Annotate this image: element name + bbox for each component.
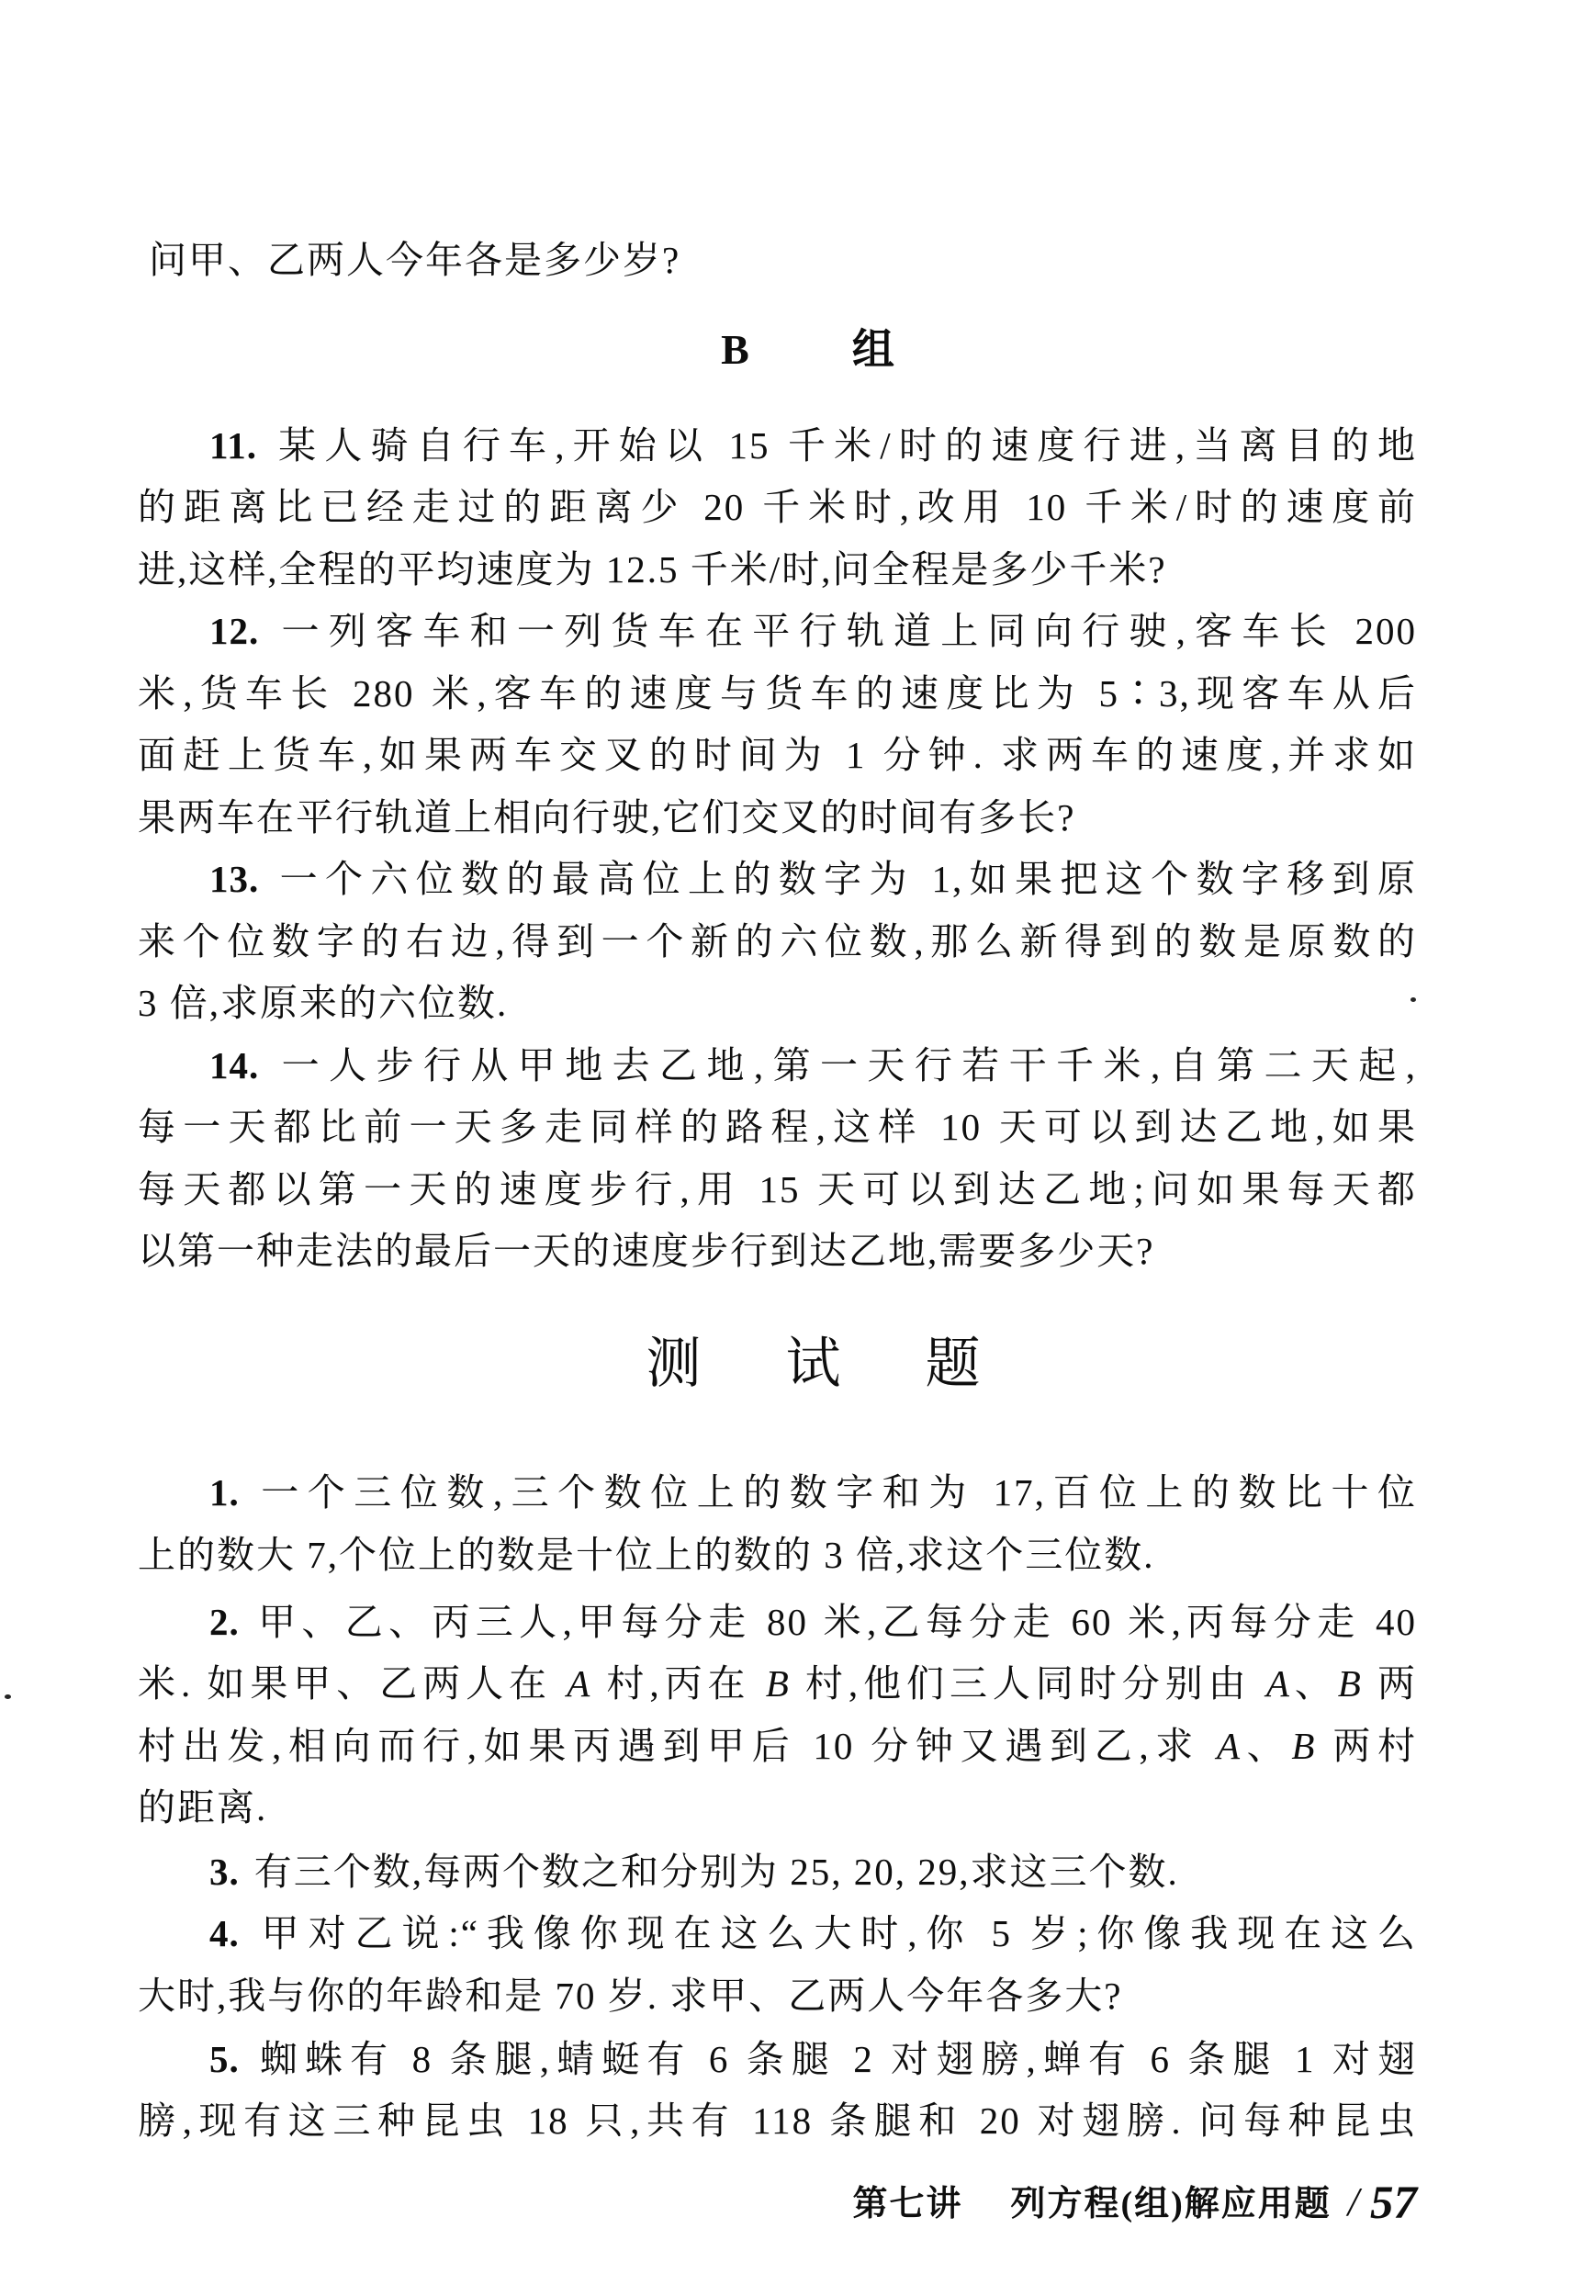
problem-12-line-1: 12.一列客车和一列货车在平行轨道上同向行驶,客车长 200 [138,608,1417,654]
page-footer: 第七讲列方程(组)解应用题/57 [138,2180,1417,2226]
italic-letter-A: A [1217,1725,1242,1767]
test-problem-2-number: 2. [209,1601,240,1643]
problem-14-text: 一人步行从甲地去乙地,第一天行若干千米,自第二天起, [274,1044,1417,1086]
test-problem-5-text: 蜘蛛有 8 条腿,蜻蜓有 6 条腿 2 对翅膀,蝉有 6 条腿 1 对翅 [254,2038,1417,2080]
problem-14-text: 每天都以第一天的速度步行,用 15 天可以到达乙地;问如果每天都 [138,1168,1417,1210]
test-problem-3-text: 有三个数,每两个数之和分别为 25, 20, 29,求这三个数. [254,1851,1179,1893]
test-section-heading: 测试题 [138,1334,1417,1394]
problem-13-text: 3 倍,求原来的六位数. [138,982,508,1024]
problem-12-line-4: 果两车在平行轨道上相向行驶,它们交叉的时间有多长? [138,794,1417,840]
problem-12-line-3: 面赶上货车,如果两车交叉的时间为 1 分钟. 求两车的速度,并求如 [138,732,1417,778]
test-problem-2-line-3: 村出发,相向而行,如果丙遇到甲后 10 分钟又遇到乙,求 A、B 两村 [138,1723,1417,1769]
problem-14-line-1: 14.一人步行从甲地去乙地,第一天行若干千米,自第二天起, [138,1042,1417,1088]
continuation-text: 问甲、乙两人今年各是多少岁? [149,239,680,281]
problem-11-line-3: 进,这样,全程的平均速度为 12.5 千米/时,问全程是多少千米? [138,546,1417,592]
text-segment: 村,他们三人同时分别由 [791,1662,1266,1705]
test-problem-1-text: 上的数大 7,个位上的数是十位上的数的 3 倍,求这个三位数. [138,1534,1155,1576]
test-problem-5-line-2: 膀,现有这三种昆虫 18 只,共有 118 条腿和 20 对翅膀. 问每种昆虫 [138,2098,1417,2144]
test-problem-2-text: 的距离. [138,1786,267,1829]
footer-chapter: 第七讲 [852,2185,962,2223]
problem-12-number: 12. [209,610,259,652]
test-problem-4-text: 甲对乙说:“我像你现在这么大时,你 5 岁;你像我现在这么 [254,1912,1417,1954]
heading-letter-b: B [721,327,749,373]
group-b-heading: B组 [138,327,1417,373]
problem-14-line-3: 每天都以第一天的速度步行,用 15 天可以到达乙地;问如果每天都 [138,1166,1417,1212]
ink-speck-artifact [1411,997,1416,1002]
test-problem-2-text: 甲、乙、丙三人,甲每分走 80 米,乙每分走 60 米,丙每分走 40 [254,1601,1417,1643]
italic-letter-B: B [766,1662,791,1705]
problem-14-text: 以第一种走法的最后一天的速度步行到达乙地,需要多少天? [138,1230,1154,1272]
test-problem-1-line-1: 1.一个三位数,三个数位上的数字和为 17,百位上的数比十位 [138,1469,1417,1515]
italic-letter-B: B [1291,1725,1316,1767]
problem-11-number: 11. [209,424,257,467]
problem-13-line-3: 3 倍,求原来的六位数. [138,980,1417,1026]
problem-14-text: 每一天都比前一天多走同样的路程,这样 10 天可以到达乙地,如果 [138,1106,1417,1148]
heading-char-shi: 试 [786,1334,841,1394]
heading-char-ce: 测 [646,1334,702,1394]
test-problem-4-line-2: 大时,我与你的年龄和是 70 岁. 求甲、乙两人今年各多大? [138,1973,1417,2019]
problem-11-text: 的距离比已经走过的距离少 20 千米时,改用 10 千米/时的速度前 [138,486,1417,528]
problem-11-text: 某人骑自行车,开始以 15 千米/时的速度行进,当离目的地 [272,424,1417,467]
heading-word-group: 组 [852,327,894,373]
footer-page-number: 57 [1370,2178,1417,2229]
problem-12-text: 面赶上货车,如果两车交叉的时间为 1 分钟. 求两车的速度,并求如 [138,734,1417,776]
text-segment: 两村 [1316,1725,1417,1767]
problem-14-line-2: 每一天都比前一天多走同样的路程,这样 10 天可以到达乙地,如果 [138,1104,1417,1150]
problem-13-number: 13. [209,858,259,900]
problem-12-text: 一列客车和一列货车在平行轨道上同向行驶,客车长 200 [274,610,1417,652]
italic-letter-A: A [1266,1662,1291,1705]
problem-11-text: 进,这样,全程的平均速度为 12.5 千米/时,问全程是多少千米? [138,548,1167,591]
test-problem-2-line-2: 米. 如果甲、乙两人在 A 村,丙在 B 村,他们三人同时分别由 A、B 两 [138,1660,1417,1706]
test-problem-1-line-2: 上的数大 7,个位上的数是十位上的数的 3 倍,求这个三位数. [138,1532,1417,1578]
problem-11-line-2: 的距离比已经走过的距离少 20 千米时,改用 10 千米/时的速度前 [138,484,1417,530]
footer-slash: / [1348,2179,1361,2224]
problem-14-number: 14. [209,1044,259,1086]
test-problem-5-text: 膀,现有这三种昆虫 18 只,共有 118 条腿和 20 对翅膀. 问每种昆虫 [138,2099,1417,2142]
test-problem-1-text: 一个三位数,三个数位上的数字和为 17,百位上的数比十位 [254,1471,1417,1514]
problem-13-line-1: 13.一个六位数的最高位上的数字为 1,如果把这个数字移到原 [138,856,1417,902]
problem-13-line-2: 来个位数字的右边,得到一个新的六位数,那么新得到的数是原数的 [138,918,1417,964]
problem-12-text: 米,货车长 280 米,客车的速度与货车的速度比为 5∶3,现客车从后 [138,672,1417,715]
test-problem-2-line-1: 2.甲、乙、丙三人,甲每分走 80 米,乙每分走 60 米,丙每分走 40 [138,1599,1417,1645]
problem-12-text: 果两车在平行轨道上相向行驶,它们交叉的时间有多长? [138,796,1075,838]
problem-13-text: 来个位数字的右边,得到一个新的六位数,那么新得到的数是原数的 [138,920,1417,962]
text-segment: 、 [1291,1662,1338,1705]
test-problem-3-number: 3. [209,1851,240,1893]
test-problem-4-number: 4. [209,1912,240,1954]
test-problem-1-number: 1. [209,1471,240,1514]
textbook-page: 问甲、乙两人今年各是多少岁? B组 11.某人骑自行车,开始以 15 千米/时的… [0,0,1596,2296]
text-segment: 、 [1242,1725,1291,1767]
ink-speck-artifact [5,1694,11,1699]
problem-12-line-2: 米,货车长 280 米,客车的速度与货车的速度比为 5∶3,现客车从后 [138,670,1417,716]
test-problem-2-line-4: 的距离. [138,1784,1417,1830]
test-problem-5-number: 5. [209,2038,240,2080]
problem-13-text: 一个六位数的最高位上的数字为 1,如果把这个数字移到原 [274,858,1417,900]
heading-char-ti: 题 [926,1334,981,1394]
italic-letter-B: B [1338,1662,1363,1705]
footer-chapter-title: 列方程(组)解应用题 [1010,2185,1331,2223]
test-problem-3-line-1: 3.有三个数,每两个数之和分别为 25, 20, 29,求这三个数. [138,1849,1417,1895]
text-segment: 村出发,相向而行,如果丙遇到甲后 10 分钟又遇到乙,求 [138,1725,1217,1767]
text-segment: 米. 如果甲、乙两人在 [138,1662,567,1705]
italic-letter-A: A [567,1662,591,1705]
test-problem-4-line-1: 4.甲对乙说:“我像你现在这么大时,你 5 岁;你像我现在这么 [138,1910,1417,1956]
problem-14-line-4: 以第一种走法的最后一天的速度步行到达乙地,需要多少天? [138,1228,1417,1274]
test-problem-5-line-1: 5.蜘蛛有 8 条腿,蜻蜓有 6 条腿 2 对翅膀,蝉有 6 条腿 1 对翅 [138,2036,1417,2082]
problem-11-line-1: 11.某人骑自行车,开始以 15 千米/时的速度行进,当离目的地 [138,422,1417,468]
continuation-line: 问甲、乙两人今年各是多少岁? [149,237,1417,283]
text-segment: 两 [1363,1662,1417,1705]
test-problem-4-text: 大时,我与你的年龄和是 70 岁. 求甲、乙两人今年各多大? [138,1975,1122,2017]
text-segment: 村,丙在 [591,1662,765,1705]
